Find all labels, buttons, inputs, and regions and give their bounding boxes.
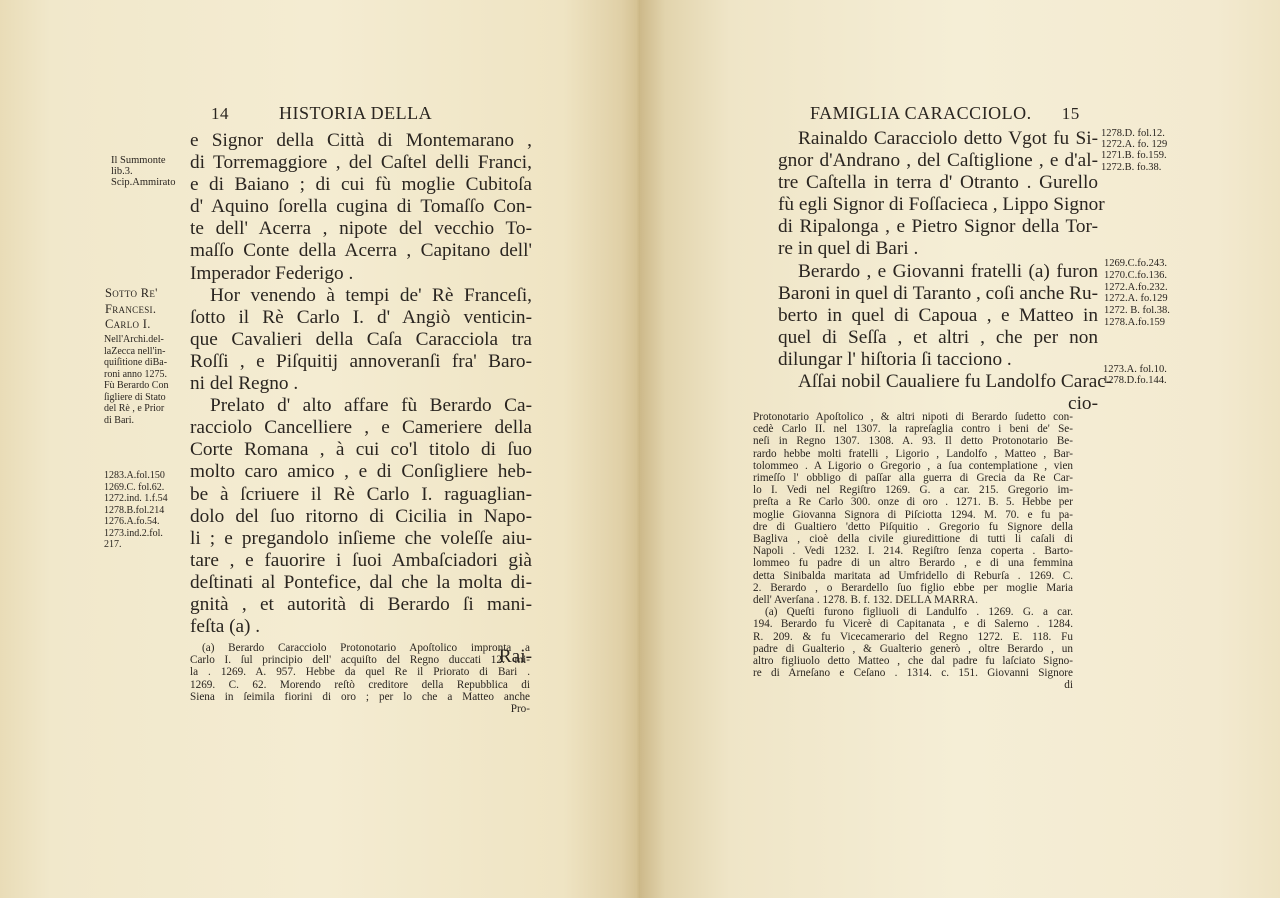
margin-heading-line: Carlo I. xyxy=(105,317,158,333)
footnote-line: altro figliuolo detto Matteo , che dal p… xyxy=(753,655,1073,667)
body-line: fù egli Signor di Foſſacieca , Lippo Sig… xyxy=(778,194,1098,216)
margin-note-line: Scip.Ammirato xyxy=(111,177,175,188)
body-line: que Cavalieri della Caſa Caracciola tra xyxy=(190,329,532,351)
margin-note-line: 1278.B.fol.214 xyxy=(104,505,168,517)
right-body-text: Rainaldo Caracciolo detto Vgot fu Si- gn… xyxy=(778,128,1098,415)
footnote-line: Protonotario Apoſtolico , & altri nipoti… xyxy=(753,411,1073,423)
body-line: Baroni in quel di Taranto , coſi anche R… xyxy=(778,283,1098,305)
margin-note-archive: Nell'Archi.del- laZecca nell'in- quiſiti… xyxy=(104,334,168,426)
footnote-line: Napoli . Vedi 1232. I. 214. Regiſtro ſen… xyxy=(753,545,1073,557)
body-line: e Signor della Città di Montemarano , xyxy=(190,130,532,152)
margin-note-line: 1271.B. fo.159. xyxy=(1101,150,1167,161)
body-line: maſſo Conte della Acerra , Capitano dell… xyxy=(190,240,532,262)
margin-note-line: Fù Berardo Con xyxy=(104,380,168,392)
margin-note-line: di Bari. xyxy=(104,415,168,427)
margin-heading-line: Sotto Re' xyxy=(105,286,158,302)
body-line: ni del Regno . xyxy=(190,373,532,395)
footnote-line: tolommeo . A Ligorio o Gregorio , a ſua … xyxy=(753,460,1073,472)
margin-note-line: quiſitione diBa- xyxy=(104,357,168,369)
body-line: gnità , et autorità di Berardo ſi mani- xyxy=(190,594,532,616)
body-line: tare , e fauorire i ſuoi Ambaſciadori gi… xyxy=(190,550,532,572)
body-line: di Ripalonga , e Pietro Signor della Tor… xyxy=(778,216,1098,238)
footnote-line: 194. Berardo fu Vicerè di Capitanata , e… xyxy=(753,618,1073,630)
footnote-line: dre di Gualtiero 'detto Piſquitio . Greg… xyxy=(753,521,1073,533)
left-body-text: e Signor della Città di Montemarano , di… xyxy=(190,130,532,668)
body-line: te dell' Acerra , nipote del vecchio To- xyxy=(190,218,532,240)
body-line: Corte Romana , à cui co'l titolo di ſuo xyxy=(190,439,532,461)
margin-note-line: 1272. B. fol.38. xyxy=(1104,305,1170,317)
footnote-line: detta Sinibalda maritata ad Umfridello d… xyxy=(753,570,1073,582)
footnote-line: (a) Berardo Caracciolo Protonotario Apoſ… xyxy=(190,642,530,654)
margin-note-registers-3: 1273.A. fol.10. 1278.D.fo.144. xyxy=(1103,364,1167,386)
margin-note-line: 1270.C.fo.136. xyxy=(1104,270,1170,282)
body-line: Imperador Federigo . xyxy=(190,263,532,285)
margin-note-sources: Il Summonte lib.3. Scip.Ammirato xyxy=(111,155,175,189)
footnote-line: padre di Gualterio , & Gualterio generò … xyxy=(753,643,1073,655)
body-line: di Torremaggiore , del Caſtel delli Fran… xyxy=(190,152,532,174)
footnote-line: cedè Carlo II. nel 1307. la rapreſaglia … xyxy=(753,423,1073,435)
margin-note-line: 1272.A. fo.129 xyxy=(1104,293,1170,305)
margin-note-line: Nell'Archi.del- xyxy=(104,334,168,346)
margin-note-line: 1273.ind.2.fol. xyxy=(104,528,168,540)
footnote-line: lommeo fu padre di un altro Berardo , e … xyxy=(753,557,1073,569)
margin-section-heading: Sotto Re' Francesi. Carlo I. xyxy=(105,286,158,333)
body-line: Berardo , e Giovanni fratelli (a) furon xyxy=(778,261,1098,283)
right-page: FAMIGLIA CARACCIOLO. 15 Rainaldo Caracci… xyxy=(640,0,1280,898)
footnote-line: rardo hebbe molti fratelli , Ligorio , L… xyxy=(753,448,1073,460)
footnote-line: Siena in ſeimila fiorini di oro ; per lo… xyxy=(190,691,530,703)
margin-note-line: 1269.C.fo.243. xyxy=(1104,258,1170,270)
footnote-line: Carlo I. ſul principio dell' acquiſto de… xyxy=(190,654,530,666)
footnote-line: lo I. Vedi nel Regiſtro 1269. G. a car. … xyxy=(753,484,1073,496)
body-line: Aſſai nobil Caualiere fu Landolfo Carac- xyxy=(778,371,1098,393)
body-line: Hor venendo à tempi de' Rè Franceſi, xyxy=(190,285,532,307)
margin-note-line: 1269.C. fol.62. xyxy=(104,482,168,494)
body-line: e di Baiano ; di cui fù moglie Cubitoſa xyxy=(190,174,532,196)
body-line: tre Caſtella in terra d' Otranto . Gurel… xyxy=(778,172,1098,194)
body-line: be à ſcriuere il Rè Carlo I. raguaglian- xyxy=(190,484,532,506)
body-line: berto in quel di Capoua , e Matteo in xyxy=(778,305,1098,327)
footnote-line: moglie Giovanna Signora di Piſciotta 129… xyxy=(753,509,1073,521)
margin-note-line: 1283.A.fol.150 xyxy=(104,470,168,482)
left-title: HISTORIA DELLA xyxy=(279,103,432,123)
left-running-head: 14 HISTORIA DELLA xyxy=(211,103,432,124)
footnote-line: (a) Queſti furono figliuoli di Landulfo … xyxy=(753,606,1073,618)
footnote-line: neſi in Regno 1307. 1308. A. 93. Il dett… xyxy=(753,435,1073,447)
footnote-line: 2. Berardo , o Berardello ſuo figlio ebb… xyxy=(753,582,1073,594)
margin-note-line: del Rè , e Prior xyxy=(104,403,168,415)
margin-note-line: lib.3. xyxy=(111,166,175,177)
margin-note-line: 1272.ind. 1.f.54 xyxy=(104,493,168,505)
body-line: Prelato d' alto affare fù Berardo Ca- xyxy=(190,395,532,417)
footnote-catchword: Pro- xyxy=(190,703,530,715)
footnote-line: re di Arneſano e Ceſano . 1314. c. 151. … xyxy=(753,667,1073,679)
body-line: quel di Seſſa , et altri , che per non xyxy=(778,327,1098,349)
margin-note-line: 217. xyxy=(104,539,168,551)
body-line: gnor d'Andrano , del Caſtiglione , e d'a… xyxy=(778,150,1098,172)
margin-note-line: Il Summonte xyxy=(111,155,175,166)
footnote-line: dell' Averſana . 1278. B. f. 132. DELLA … xyxy=(753,594,1073,606)
margin-note-line: 1278.A.fo.159 xyxy=(1104,317,1170,329)
footnote-line: preſta a Re Carlo 300. onze di oro . 127… xyxy=(753,496,1073,508)
right-running-head: FAMIGLIA CARACCIOLO. 15 xyxy=(810,103,1080,124)
margin-note-registers-1: 1278.D. fol.12. 1272.A. fo. 129 1271.B. … xyxy=(1101,128,1167,173)
body-line: d' Aquino ſorella cugina di Tomaſſo Con- xyxy=(190,196,532,218)
margin-note-line: 1272.B. fo.38. xyxy=(1101,162,1167,173)
margin-note-registers-2: 1269.C.fo.243. 1270.C.fo.136. 1272.A.fo.… xyxy=(1104,258,1170,329)
margin-note-line: 1278.D.fo.144. xyxy=(1103,375,1167,386)
margin-note-line: 1272.A. fo. 129 xyxy=(1101,139,1167,150)
margin-note-line: 1273.A. fol.10. xyxy=(1103,364,1167,375)
left-footnote: (a) Berardo Caracciolo Protonotario Apoſ… xyxy=(190,642,530,715)
footnote-line: Bagliva , cioè della civile giuredittion… xyxy=(753,533,1073,545)
footnote-catchword: di xyxy=(753,679,1073,691)
margin-note-line: roni anno 1275. xyxy=(104,369,168,381)
footnote-line: rimeſſo l' obbligo di paſſar alla guerra… xyxy=(753,472,1073,484)
margin-heading-line: Francesi. xyxy=(105,302,158,318)
margin-note-line: 1278.D. fol.12. xyxy=(1101,128,1167,139)
right-folio: 15 xyxy=(1062,104,1080,123)
body-line: dilungar l' hiſtoria ſi tacciono . xyxy=(778,349,1098,371)
footnote-line: 1269. C. 62. Morendo reſtò creditore del… xyxy=(190,679,530,691)
body-line: molto caro amico , e di Conſigliere heb- xyxy=(190,461,532,483)
margin-note-registers: 1283.A.fol.150 1269.C. fol.62. 1272.ind.… xyxy=(104,470,168,551)
left-folio: 14 xyxy=(211,104,229,123)
body-line: Rainaldo Caracciolo detto Vgot fu Si- xyxy=(778,128,1098,150)
body-line: deſtinati al Pontefice, dal che la molta… xyxy=(190,572,532,594)
body-line: re in quel di Bari . xyxy=(778,238,1098,260)
right-title: FAMIGLIA CARACCIOLO. xyxy=(810,103,1032,123)
margin-note-line: 1276.A.fo.54. xyxy=(104,516,168,528)
margin-note-line: ſigliere di Stato xyxy=(104,392,168,404)
body-line: feſta (a) . xyxy=(190,616,532,638)
margin-note-line: laZecca nell'in- xyxy=(104,346,168,358)
right-footnote: Protonotario Apoſtolico , & altri nipoti… xyxy=(753,411,1073,692)
body-line: Roſſi , e Piſquitij annoveranſi fra' Bar… xyxy=(190,351,532,373)
body-line: ſotto il Rè Carlo I. d' Angiò venticin- xyxy=(190,307,532,329)
margin-note-line: 1272.A.fo.232. xyxy=(1104,282,1170,294)
body-line: dolo del ſuo ritorno di Cicilia in Napo- xyxy=(190,506,532,528)
left-page: 14 HISTORIA DELLA Il Summonte lib.3. Sci… xyxy=(0,0,640,898)
footnote-line: R. 209. & fu Vicecamerario del Regno 127… xyxy=(753,631,1073,643)
body-line: racciolo Cancelliere , e Cameriere della xyxy=(190,417,532,439)
body-line: li ; e pregandolo inſieme che voleſſe ai… xyxy=(190,528,532,550)
footnote-line: la . 1269. A. 957. Hebbe da quel Re il P… xyxy=(190,666,530,678)
